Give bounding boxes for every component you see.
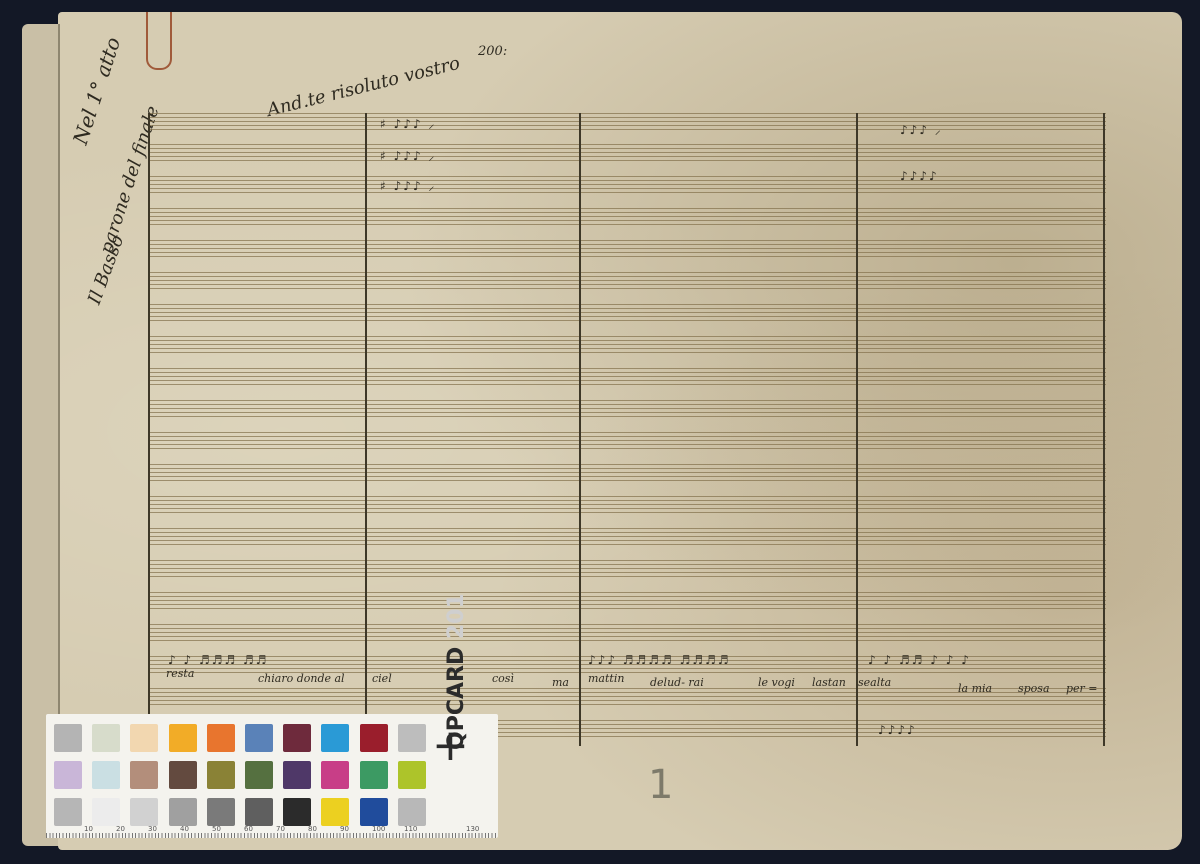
staff [148, 176, 1106, 193]
color-swatch [207, 761, 235, 789]
lyric: ma [552, 676, 569, 689]
color-swatch [207, 724, 235, 752]
barline [856, 113, 858, 746]
score-systems: ♯ ♪♪♪ ⸝ ♯ ♪♪♪ ⸝ ♯ ♪♪♪ ⸝ ♪♪♪ ⸝ ♪♪♪♪ ♪ ♪ ♬… [148, 113, 1108, 748]
color-swatch [321, 761, 349, 789]
staff [148, 304, 1106, 321]
card-brand: QPCARD 201 [444, 593, 469, 750]
staff [148, 336, 1106, 353]
color-swatch [245, 798, 273, 826]
lyric: sposa [1018, 682, 1050, 695]
color-swatch [207, 798, 235, 826]
color-swatch [321, 724, 349, 752]
notes-group: ♪♪♪♪ [900, 169, 939, 183]
barline [579, 113, 581, 746]
staff [148, 368, 1106, 385]
staff [148, 624, 1106, 641]
rehearsal-number: 200: [478, 44, 507, 59]
ruler-tick-label: 10 [84, 825, 93, 833]
ruler-tick-label: 60 [244, 825, 253, 833]
staff [148, 144, 1106, 161]
vocal-line: ♪ ♪ ♬♬ ♪ ♪ ♪ [868, 653, 971, 667]
color-swatch [398, 798, 426, 826]
ruler-tick-label: 110 [404, 825, 417, 833]
ruler [46, 824, 498, 838]
color-swatch [283, 761, 311, 789]
lyric: le vogi [758, 676, 795, 689]
lyric: delud- rai [650, 676, 704, 689]
color-swatch [245, 761, 273, 789]
color-swatch [130, 798, 158, 826]
color-swatch [92, 798, 120, 826]
notes-group: ♯ ♪♪♪ ⸝ [380, 177, 436, 194]
color-swatch [398, 761, 426, 789]
binding-tab [146, 12, 172, 70]
ruler-tick-label: 70 [276, 825, 285, 833]
notes-group: ♪♪♪ ⸝ [900, 121, 943, 138]
color-swatch [54, 798, 82, 826]
color-swatch [283, 798, 311, 826]
staff [148, 240, 1106, 257]
color-swatch [245, 724, 273, 752]
color-swatch [130, 761, 158, 789]
barline [365, 113, 367, 746]
staff [148, 400, 1106, 417]
lyric: ciel [372, 672, 392, 685]
ruler-tick-label: 20 [116, 825, 125, 833]
color-calibration-card: + QPCARD 201 102030405060708090100110130 [46, 714, 498, 838]
lyric: la mia [958, 682, 992, 695]
color-swatch [321, 798, 349, 826]
lyric: chiaro donde al [258, 672, 345, 685]
staff [148, 496, 1106, 513]
color-swatch [360, 798, 388, 826]
ruler-tick-label: 30 [148, 825, 157, 833]
color-swatch [54, 724, 82, 752]
lyric: sealta [858, 676, 891, 689]
color-swatch [398, 724, 426, 752]
color-swatch [283, 724, 311, 752]
vocal-line: ♪♪♪ ♬♬♬♬ ♬♬♬♬ [588, 653, 731, 667]
brand-name: QPCARD [444, 647, 469, 750]
lyric: per = [1066, 682, 1098, 695]
color-swatch [92, 761, 120, 789]
color-swatch [169, 798, 197, 826]
staff [148, 208, 1106, 225]
color-swatch [130, 724, 158, 752]
model-number: 201 [444, 593, 469, 639]
lyric: così [492, 672, 514, 685]
notes-group: ♯ ♪♪♪ ⸝ [380, 147, 436, 164]
barline [1103, 113, 1105, 746]
lyric: resta [166, 667, 194, 680]
page-number: 1 [648, 762, 673, 808]
ruler-tick-label: 80 [308, 825, 317, 833]
staff [148, 272, 1106, 289]
staff [148, 528, 1106, 545]
color-swatch [169, 761, 197, 789]
lyric: mattin [588, 672, 624, 685]
staff [148, 113, 1106, 130]
color-swatch [360, 724, 388, 752]
ruler-tick-label: 130 [466, 825, 479, 833]
ruler-tick-label: 100 [372, 825, 385, 833]
ruler-tick-label: 90 [340, 825, 349, 833]
fold-line [58, 24, 60, 824]
color-swatch [360, 761, 388, 789]
notes-group: ♪♪♪♪ [878, 723, 917, 737]
color-swatch [169, 724, 197, 752]
ruler-tick-label: 40 [180, 825, 189, 833]
staff [148, 464, 1106, 481]
notes-group: ♯ ♪♪♪ ⸝ [380, 115, 436, 132]
color-swatch [92, 724, 120, 752]
color-swatch [54, 761, 82, 789]
ruler-tick-label: 50 [212, 825, 221, 833]
staff [148, 432, 1106, 449]
staff [148, 560, 1106, 577]
staff [148, 592, 1106, 609]
vocal-line: ♪ ♪ ♬♬♬ ♬♬ [168, 653, 269, 667]
lyric: lastan [812, 676, 846, 689]
barline [148, 113, 150, 746]
